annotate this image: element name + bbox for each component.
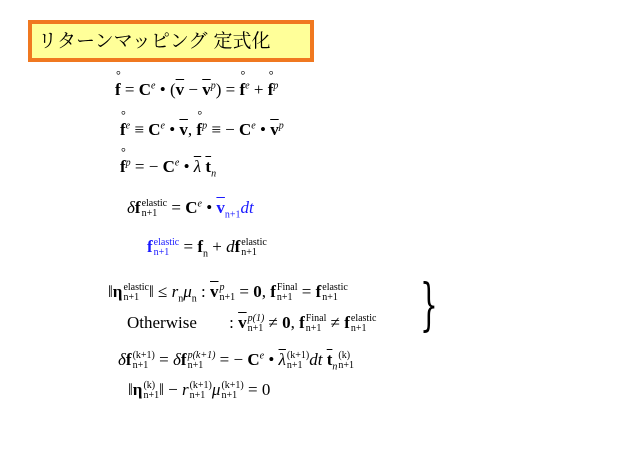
equation-elastic-plastic-split: fe ≡ Ce • v, fp ≡ − Ce • vp: [120, 120, 284, 140]
op: =: [297, 282, 315, 301]
sub: n+1: [322, 293, 348, 303]
v-bar: v: [202, 80, 211, 99]
sub: n+1: [123, 293, 149, 303]
supsub: (k)n+1: [143, 381, 159, 401]
equation-stick-condition: ‖ηelasticn+1‖ ≤ rnμn : vpn+1 = 0, fFinal…: [108, 282, 348, 303]
dt: dt: [241, 198, 254, 217]
op: =: [155, 350, 173, 369]
f: f: [126, 350, 132, 369]
f: f: [270, 282, 276, 301]
op: ≡: [207, 120, 225, 139]
op: •: [156, 80, 170, 99]
equation-slip-condition: Otherwise : vp(1)n+1 ≠ 0, fFinaln+1 ≠ fe…: [127, 313, 376, 334]
otherwise-label: Otherwise: [127, 313, 197, 332]
sub: n+1: [143, 391, 159, 401]
op: =: [221, 80, 239, 99]
right-brace: }: [420, 278, 438, 334]
sub: n+1: [188, 361, 216, 371]
op: :: [197, 282, 210, 301]
sup: p: [273, 80, 278, 91]
op: =: [167, 198, 185, 217]
op: ≡: [130, 120, 148, 139]
sup: p: [279, 120, 284, 131]
d: d: [226, 237, 235, 256]
supsub: p(k+1)n+1: [188, 351, 216, 371]
C: C: [148, 120, 160, 139]
sub: n+1: [221, 391, 243, 401]
f-ring: f: [268, 80, 274, 100]
v-bar: v: [216, 198, 225, 217]
supsub: (k+1)n+1: [287, 351, 309, 371]
v-bar: v: [179, 120, 188, 139]
f: f: [299, 313, 305, 332]
sub: n+1: [351, 324, 377, 334]
f: f: [344, 313, 350, 332]
op: :: [225, 313, 238, 332]
supsub: p(1)n+1: [248, 314, 265, 334]
delta: δ: [173, 350, 181, 369]
f-ring: f: [120, 120, 126, 140]
supsub: Finaln+1: [277, 283, 298, 303]
f: f: [147, 237, 153, 256]
sub: n: [211, 168, 216, 179]
op: ≠: [264, 313, 282, 332]
equation-objective-rate: f = Ce • (v − vp) = fe + fp: [115, 80, 278, 100]
f: f: [135, 198, 141, 217]
supsub: elasticn+1: [123, 283, 149, 303]
delta: δ: [118, 350, 126, 369]
equation-plastic-correction: δf(k+1)n+1 = δfp(k+1)n+1 = − Ce • λ(k+1)…: [118, 350, 354, 371]
f-ring: f: [196, 120, 202, 140]
C: C: [247, 350, 259, 369]
equation-slip-consistency: ‖η(k)n+1‖ − r(k+1)n+1μ(k+1)n+1 = 0: [128, 380, 270, 401]
op: •: [179, 157, 193, 176]
sub: n+1: [277, 293, 298, 303]
equation-elastic-increment: δfelasticn+1 = Ce • vn+1dt: [127, 198, 254, 219]
op: =: [235, 282, 253, 301]
mu: μ: [212, 380, 221, 399]
sub: n+1: [248, 324, 265, 334]
op: =: [121, 80, 139, 99]
supsub: elasticn+1: [142, 199, 168, 219]
f-ring: f: [239, 80, 245, 100]
lambda-bar: λ: [194, 157, 201, 176]
supsub: elasticn+1: [241, 238, 267, 258]
supsub: Finaln+1: [306, 314, 327, 334]
op: −: [164, 380, 182, 399]
sub: n+1: [241, 248, 267, 258]
op: •: [264, 350, 278, 369]
zero: 0: [253, 282, 262, 301]
slide-title: リターンマッピング 定式化: [28, 20, 314, 62]
C: C: [163, 157, 175, 176]
supsub: elasticn+1: [154, 238, 180, 258]
C: C: [185, 198, 197, 217]
r: r: [182, 380, 189, 399]
op: ,: [262, 282, 271, 301]
equation-elastic-trial: felasticn+1 = fn + dfelasticn+1: [147, 237, 267, 258]
zero: 0: [282, 313, 291, 332]
f: f: [181, 350, 187, 369]
op: −: [234, 350, 248, 369]
f-ring: f: [120, 157, 126, 177]
f-ring: f: [115, 80, 121, 100]
op: ,: [291, 313, 300, 332]
supsub: (k+1)n+1: [221, 381, 243, 401]
op: −: [225, 120, 239, 139]
sub: n+1: [306, 324, 327, 334]
op: ,: [188, 120, 197, 139]
op: •: [256, 120, 270, 139]
sub: n+1: [142, 209, 168, 219]
sub: n+1: [338, 361, 354, 371]
op: •: [165, 120, 179, 139]
v-bar: v: [210, 282, 219, 301]
v-bar: v: [176, 80, 185, 99]
op: =: [215, 350, 233, 369]
sub: n: [332, 361, 337, 372]
op: −: [149, 157, 163, 176]
op: =: [131, 157, 149, 176]
C: C: [139, 80, 151, 99]
op: −: [184, 80, 202, 99]
f: f: [235, 237, 241, 256]
supsub: (k+1)n+1: [133, 351, 155, 371]
v-bar: v: [238, 313, 247, 332]
v-bar: v: [270, 120, 279, 139]
sub: n+1: [220, 293, 236, 303]
op: =: [179, 237, 197, 256]
op: ≤: [154, 282, 172, 301]
supsub: elasticn+1: [351, 314, 377, 334]
mu: μ: [183, 282, 192, 301]
op: +: [208, 237, 226, 256]
eta: η: [113, 282, 123, 301]
op: +: [250, 80, 268, 99]
op: =: [244, 380, 262, 399]
f: f: [316, 282, 322, 301]
sub: n+1: [190, 391, 212, 401]
supsub: (k+1)n+1: [190, 381, 212, 401]
dt: dt: [309, 350, 322, 369]
zero: 0: [262, 380, 271, 399]
op: •: [202, 198, 216, 217]
op: ≠: [326, 313, 344, 332]
sub: n+1: [287, 361, 309, 371]
supsub: elasticn+1: [322, 283, 348, 303]
sub: n+1: [133, 361, 155, 371]
delta: δ: [127, 198, 135, 217]
C: C: [239, 120, 251, 139]
sub: n+1: [154, 248, 180, 258]
equation-plastic-rate: fp = − Ce • λ tn: [120, 157, 216, 177]
sub: n+1: [225, 209, 241, 220]
supsub: (k)n+1: [338, 351, 354, 371]
eta: η: [133, 380, 143, 399]
supsub: pn+1: [220, 283, 236, 303]
lambda-bar: λ: [279, 350, 286, 369]
